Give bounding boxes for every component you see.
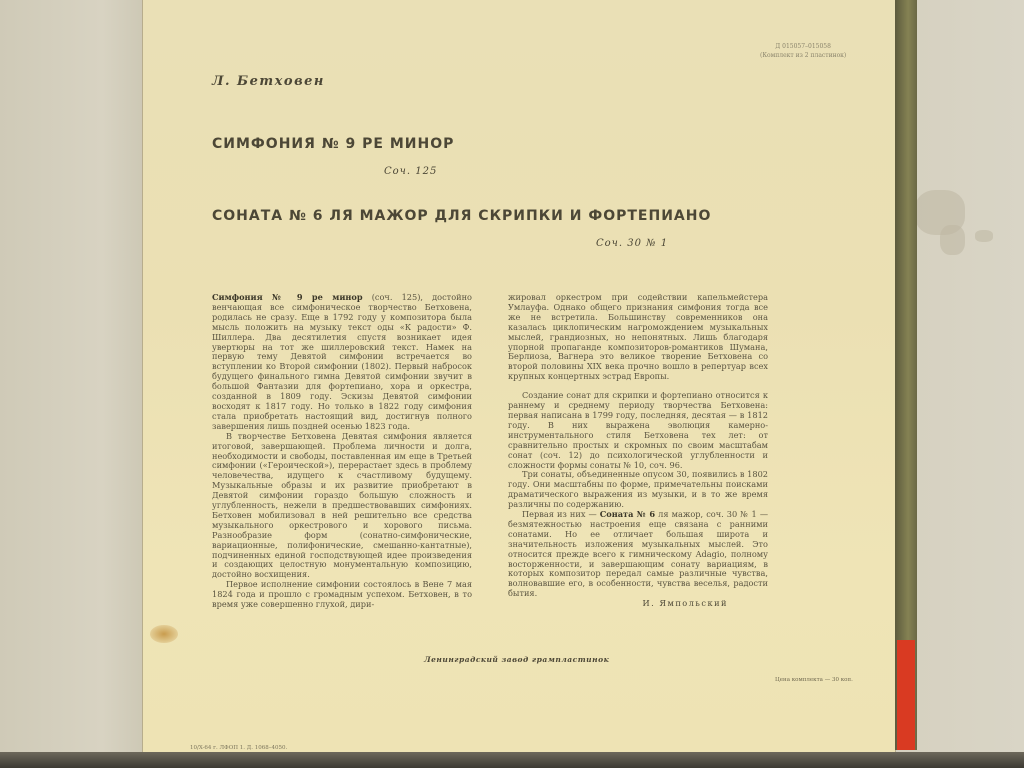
catalog-note: (Комплект из 2 пластинок): [760, 51, 846, 60]
catalog-block: Д 015057–015058 (Комплект из 2 пластинок…: [760, 42, 846, 60]
work-opus-sonata: Соч. 30 № 1: [596, 238, 668, 249]
paragraph: жировал оркестром при содействии капельм…: [508, 293, 768, 382]
paper-stain: [150, 625, 178, 643]
manufacturer: Ленинградский завод грампластинок: [424, 655, 609, 664]
sleeve-spine: [895, 0, 917, 750]
paragraph-lead: Соната № 6: [600, 509, 655, 519]
paragraph: Первая из них — Соната № 6 ля мажор, соч…: [508, 510, 768, 599]
paragraph: Три сонаты, объединенные опусом 30, появ…: [508, 470, 768, 510]
spine-red-stripe: [897, 640, 915, 750]
work-title-sonata: СОНАТА № 6 ЛЯ МАЖОР ДЛЯ СКРИПКИ И ФОРТЕП…: [212, 208, 711, 224]
paragraph: Первое исполнение симфонии состоялось в …: [212, 580, 472, 610]
work-title-symphony: СИМФОНИЯ № 9 РЕ МИНОР: [212, 136, 454, 152]
paragraph: В творчестве Бетховена Девятая симфония …: [212, 432, 472, 581]
wall-stain: [975, 230, 993, 242]
catalog-number: Д 015057–015058: [760, 42, 846, 51]
price: Цена комплекта — 30 коп.: [775, 677, 853, 683]
paragraph: Создание сонат для скрипки и фортепиано …: [508, 391, 768, 470]
work-opus-symphony: Соч. 125: [384, 166, 437, 177]
paragraph-lead: Симфония № 9 ре минор: [212, 292, 363, 302]
notes-author: И. Ямпольский: [508, 599, 768, 609]
composer-name: Л. Бетховен: [212, 74, 325, 89]
print-info: 10/X-64 г. ЛФОП 1. Д. 1068–4050.: [190, 745, 287, 751]
liner-notes-right-column: жировал оркестром при содействии капельм…: [508, 293, 768, 609]
shelf-shadow: [0, 752, 1024, 768]
liner-notes-left-column: Симфония № 9 ре минор (соч. 125), достой…: [212, 293, 472, 610]
paragraph: Симфония № 9 ре минор (соч. 125), достой…: [212, 293, 472, 432]
wall-stain: [940, 225, 965, 255]
